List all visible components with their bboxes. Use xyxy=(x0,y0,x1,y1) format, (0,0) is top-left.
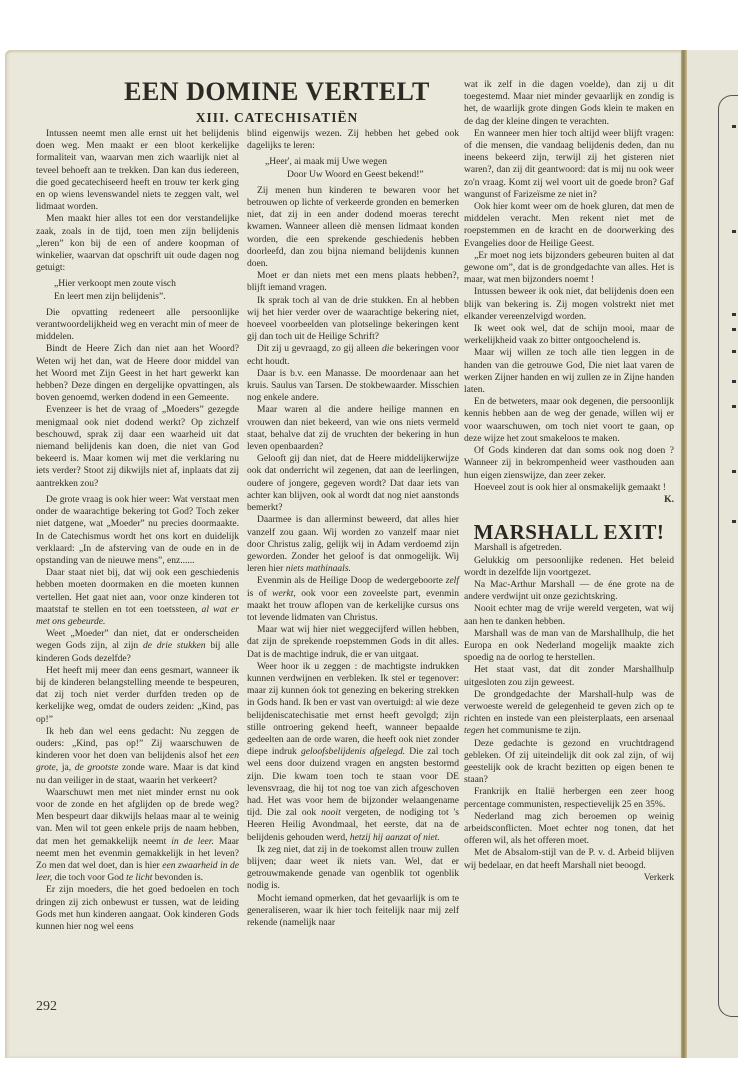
paragraph: Marshall was de man van de Marshallhulp,… xyxy=(464,628,674,665)
paragraph: Dit zij u gevraagd, zo gij alleen die be… xyxy=(247,343,459,367)
verse-line: Door Uw Woord en Geest bekend!” xyxy=(265,169,459,181)
verse-line: En leert men zijn belijdenis”. xyxy=(54,291,239,303)
adjacent-page-mark xyxy=(732,520,736,523)
paragraph: Intussen neemt men alle ernst uit het be… xyxy=(36,128,239,213)
verse-line: „Hier verkoopt men zoute visch xyxy=(54,278,239,290)
paragraph: Of Gods kinderen dat dan soms ook nog do… xyxy=(464,445,674,482)
quoted-verse: „Hier verkoopt men zoute visch En leert … xyxy=(54,278,239,302)
italic-text: tegen xyxy=(464,725,485,736)
paragraph: Ik zeg niet, dat zij in de toekomst alle… xyxy=(247,844,459,893)
page-number: 292 xyxy=(36,999,57,1015)
paragraph: Moet er dan niets met een mens plaats he… xyxy=(247,270,459,294)
paragraph: Zij menen hun kinderen te bewaren voor h… xyxy=(247,185,459,270)
paragraph: Waarschuwt men met niet minder ernst nu … xyxy=(36,787,239,885)
article-subtitle: XIII. CATECHISATIËN xyxy=(105,110,449,126)
text: Dit zij u gevraagd, zo gij alleen xyxy=(257,343,379,354)
paragraph: Maar waren al die andere heilige mannen … xyxy=(247,404,459,453)
italic-text: niets mathinaals. xyxy=(286,563,351,574)
paragraph: Er zijn moeders, die het goed bedoelen e… xyxy=(36,884,239,933)
paragraph: Ik weet ook wel, dat de schijn mooi, maa… xyxy=(464,323,674,347)
paragraph: Ik heb dan wel eens gedacht: Nu zeggen d… xyxy=(36,726,239,787)
italic-text: hetzij hij aanzat of niet. xyxy=(350,832,440,843)
italic-text: de drie stukken xyxy=(143,640,206,651)
article-column-1: Intussen neemt men alle ernst uit het be… xyxy=(36,128,239,933)
text: bevonden is. xyxy=(155,872,203,883)
paragraph: Maar wat wij hier niet weggecijferd will… xyxy=(247,624,459,661)
adjacent-page-mark xyxy=(732,125,736,128)
paragraph: Daarmee is dan allerminst beweerd, dat a… xyxy=(247,514,459,575)
paragraph: De grote vraag is ook hier weer: Wat ver… xyxy=(36,494,239,567)
paragraph: Het staat vast, dat dit zonder Marshallh… xyxy=(464,664,674,688)
paragraph: blind eigenwijs wezen. Zij hebben het ge… xyxy=(247,128,459,152)
paragraph: Weer hoor ik u zeggen : de machtigste in… xyxy=(247,661,459,844)
paragraph: En de betweters, maar ook degenen, die p… xyxy=(464,396,674,445)
italic-text: die xyxy=(382,343,394,354)
paragraph: Daar is b.v. een Manasse. De moordenaar … xyxy=(247,368,459,405)
italic-text: in de leer. xyxy=(171,836,214,847)
text: Evenmin als de Heilige Doop de wedergebo… xyxy=(257,575,443,586)
adjacent-page-mark xyxy=(732,380,736,383)
paragraph: Gelooft gij dan niet, dat de Heere midde… xyxy=(247,453,459,514)
paragraph: Marshall is afgetreden. xyxy=(464,542,674,554)
article-2-signature: Verkerk xyxy=(644,872,674,884)
paragraph: Nederland mag zich beroemen op weinig ar… xyxy=(464,811,674,848)
paragraph: Met de Absalom-stijl van de P. v. d. Arb… xyxy=(464,847,674,871)
paragraph: Nooit echter mag de vrije wereld vergete… xyxy=(464,603,674,627)
article-column-2: blind eigenwijs wezen. Zij hebben het ge… xyxy=(247,128,459,929)
paragraph: Evenmin als de Heilige Doop de wedergebo… xyxy=(247,575,459,624)
article-column-3: wat ik zelf in die dagen voelde), dan zi… xyxy=(464,79,674,884)
magazine-page: EEN DOMINE VERTELT XIII. CATECHISATIËN I… xyxy=(5,50,681,1058)
italic-text: te licht xyxy=(126,872,152,883)
italic-text: de grootste xyxy=(75,762,119,773)
italic-text: werkt, xyxy=(272,588,296,599)
paragraph: De grondgedachte der Marshall-hulp was d… xyxy=(464,689,674,738)
adjacent-page-mark xyxy=(732,313,736,316)
paragraph: Bindt de Heere Zich dan niet aan het Woo… xyxy=(36,343,239,404)
adjacent-page-edge xyxy=(682,50,738,1058)
signature-line: Verkerk xyxy=(464,872,674,884)
paragraph: Men maakt hier alles tot een dor verstan… xyxy=(36,213,239,274)
text: ja, xyxy=(62,762,71,773)
paragraph: Daar staat niet bij, dat wij ook een ges… xyxy=(36,567,239,628)
paragraph: „Er moet nog iets bijzonders gebeuren bu… xyxy=(464,250,674,287)
paragraph: Die opvatting redeneert alle persoonlijk… xyxy=(36,307,239,344)
text: Daarmee is dan allerminst beweerd, dat a… xyxy=(247,514,459,574)
paragraph: wat ik zelf in die dagen voelde), dan zi… xyxy=(464,79,674,128)
adjacent-page-mark xyxy=(732,470,736,473)
italic-text: zelf xyxy=(446,575,459,586)
text: het communisme te zijn. xyxy=(487,725,581,736)
paragraph: Mocht iemand opmerken, dat het gevaarlij… xyxy=(247,893,459,930)
signature-line: K. xyxy=(464,494,674,506)
article-signature: K. xyxy=(664,494,674,506)
quoted-verse: „Heer', ai maak mij Uwe wegen Door Uw Wo… xyxy=(265,156,459,180)
article-2-title: MARSHALL EXIT! xyxy=(464,526,674,538)
adjacent-page-frame xyxy=(718,95,738,1017)
page-gutter xyxy=(681,50,687,1058)
verse-line: „Heer', ai maak mij Uwe wegen xyxy=(265,156,459,168)
paragraph: Weet „Moeder” dan niet, dat er ondersche… xyxy=(36,628,239,665)
article-title: EEN DOMINE VERTELT xyxy=(105,77,449,107)
text: Weet „Moeder” dan niet, dat er ondersche… xyxy=(36,628,239,651)
text: die toch voor God xyxy=(55,872,124,883)
paragraph: Deze gedachte is gezond en vruchtdragend… xyxy=(464,738,674,787)
paragraph: Het heeft mij meer dan eens gesmart, wan… xyxy=(36,665,239,726)
adjacent-page-mark xyxy=(732,405,736,408)
italic-text: geloofsbelijdenis afgelegd. xyxy=(301,746,405,757)
paragraph: Evenzeer is het de vraag of „Moeders” ge… xyxy=(36,404,239,489)
text: is of xyxy=(247,588,267,599)
paragraph: Intussen beweer ik ook niet, dat belijde… xyxy=(464,286,674,323)
paragraph: Frankrijk en Italië herbergen een zeer h… xyxy=(464,786,674,810)
paragraph: Maar wij willen ze toch alle tien leggen… xyxy=(464,347,674,396)
text: Weer hoor ik u zeggen : de machtigste in… xyxy=(247,661,459,757)
paragraph: Na Mac-Arthur Marshall — de éne grote na… xyxy=(464,579,674,603)
adjacent-page-mark xyxy=(732,350,736,353)
paragraph: Hoeveel zout is ook hier al onsmakelijk … xyxy=(464,482,674,494)
paragraph: Ik sprak toch al van de drie stukken. En… xyxy=(247,295,459,344)
adjacent-page-mark xyxy=(732,230,736,233)
adjacent-page-mark xyxy=(732,328,736,331)
paragraph: Ook hier komt weer om de hoek gluren, da… xyxy=(464,201,674,250)
paragraph: En wanneer men hier toch altijd weer bli… xyxy=(464,128,674,201)
italic-text: nooit xyxy=(321,807,341,818)
paragraph: Gelukkig om persoonlijke redenen. Het be… xyxy=(464,555,674,579)
text: Ik heb dan wel eens gedacht: Nu zeggen d… xyxy=(36,726,239,761)
text: De grondgedachte der Marshall-hulp was d… xyxy=(464,689,674,724)
